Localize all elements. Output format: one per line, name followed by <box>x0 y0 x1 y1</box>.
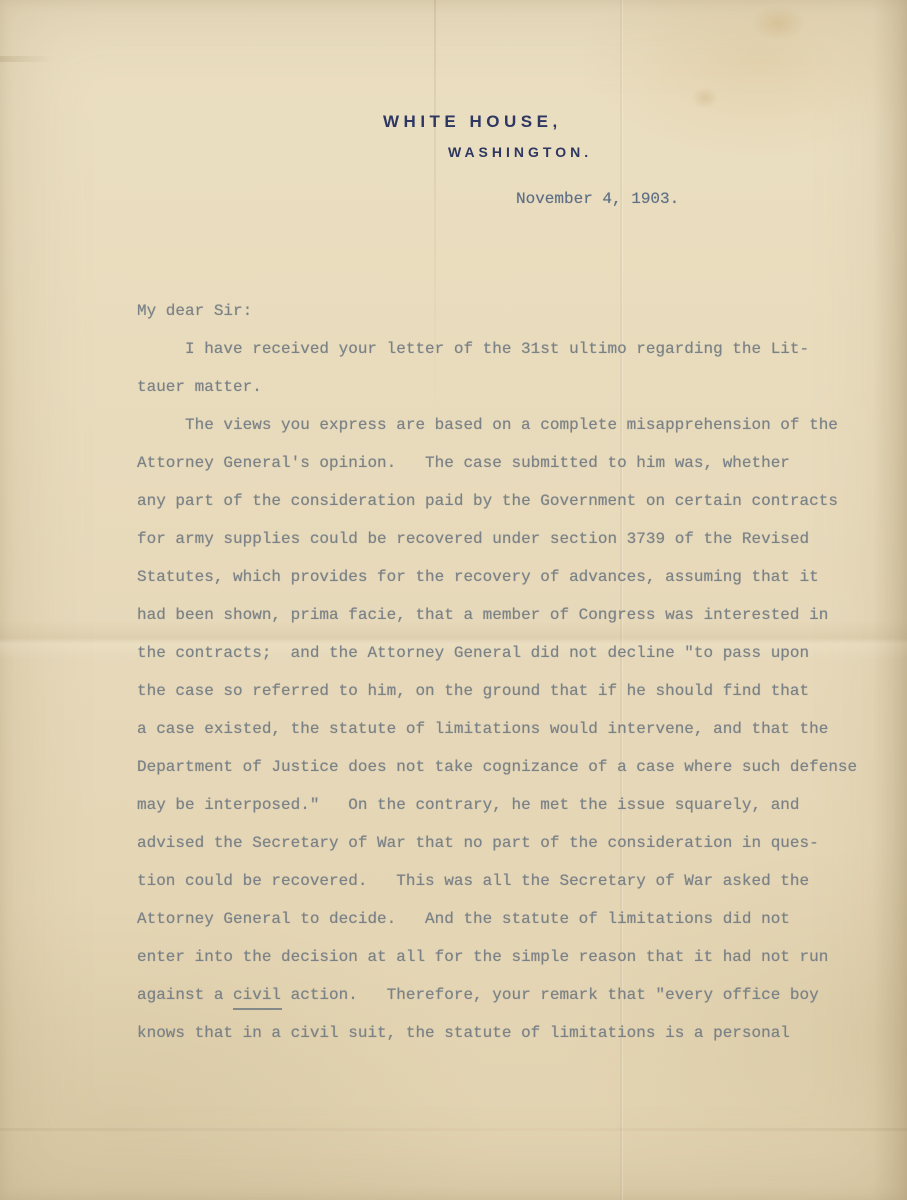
letter-line: enter into the decision at all for the s… <box>137 938 877 976</box>
letter-body: My dear Sir:I have received your letter … <box>137 292 877 1052</box>
letter-line: knows that in a civil suit, the statute … <box>137 1014 877 1052</box>
letter-line: any part of the consideration paid by th… <box>137 482 877 520</box>
letter-line: Statutes, which provides for the recover… <box>137 558 877 596</box>
letter-line: the case so referred to him, on the grou… <box>137 672 877 710</box>
letter-line: for army supplies could be recovered und… <box>137 520 877 558</box>
letter-line: My dear Sir: <box>137 292 877 330</box>
letterhead-washington: WASHINGTON. <box>448 144 592 160</box>
civil-underline <box>233 1008 282 1010</box>
letter-line: had been shown, prima facie, that a memb… <box>137 596 877 634</box>
paper-stain <box>692 88 718 108</box>
letter-line: Department of Justice does not take cogn… <box>137 748 877 786</box>
paper-edge-shadow <box>873 0 907 1200</box>
letterhead-white-house: WHITE HOUSE, <box>383 112 562 132</box>
letter-line: I have received your letter of the 31st … <box>137 330 877 368</box>
letter-line: may be interposed." On the contrary, he … <box>137 786 877 824</box>
letter-line: tauer matter. <box>137 368 877 406</box>
paper-crease-mark <box>0 56 54 62</box>
letter-line: tion could be recovered. This was all th… <box>137 862 877 900</box>
paper-stain <box>752 6 804 40</box>
letter-line: advised the Secretary of War that no par… <box>137 824 877 862</box>
horizontal-fold-crease-bottom <box>0 1128 907 1131</box>
letter-line: the contracts; and the Attorney General … <box>137 634 877 672</box>
letter-line: Attorney General to decide. And the stat… <box>137 900 877 938</box>
letter-line: The views you express are based on a com… <box>137 406 877 444</box>
letter-line: a case existed, the statute of limitatio… <box>137 710 877 748</box>
letter-scan: WHITE HOUSE, WASHINGTON. November 4, 190… <box>0 0 907 1200</box>
date-line: November 4, 1903. <box>516 190 679 208</box>
letter-line: Attorney General's opinion. The case sub… <box>137 444 877 482</box>
